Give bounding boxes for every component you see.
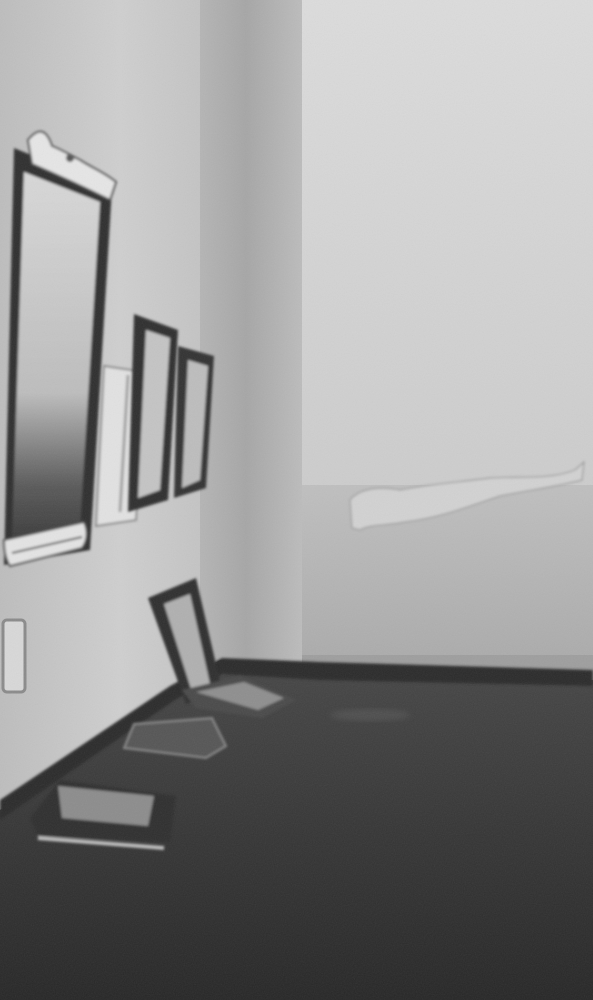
photograph: Corner of an empty room with ornate empt… [0,0,593,1000]
